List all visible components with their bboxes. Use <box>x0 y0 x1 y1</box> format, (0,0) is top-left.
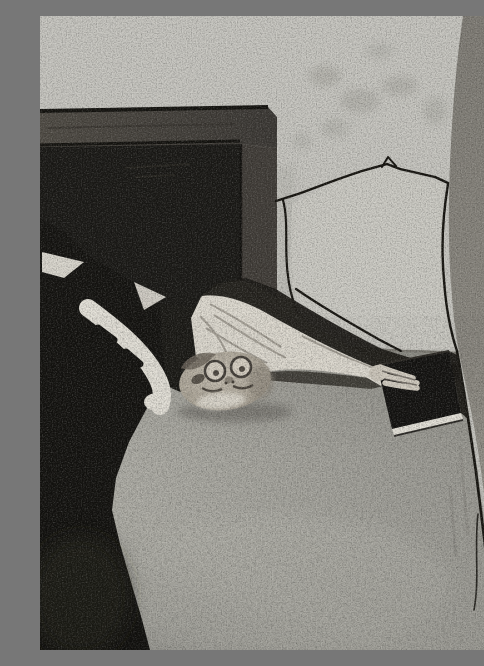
photo-canvas <box>40 16 484 650</box>
halftone-photograph <box>40 16 484 650</box>
bottom-vignette <box>40 16 484 650</box>
